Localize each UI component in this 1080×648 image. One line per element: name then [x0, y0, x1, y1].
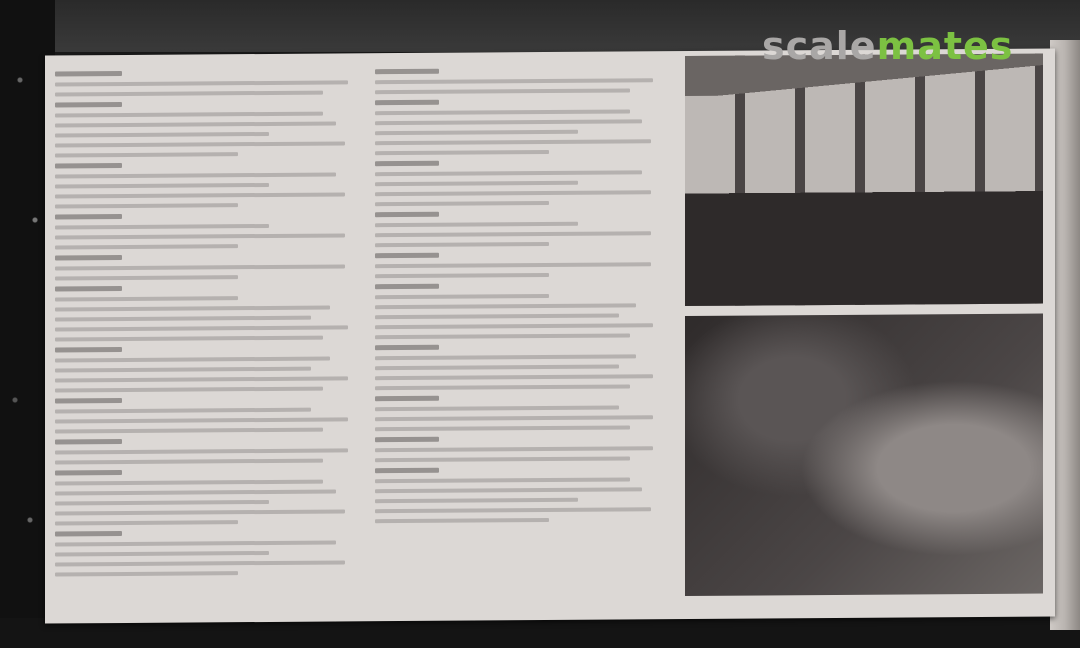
text-line	[375, 88, 630, 94]
text-line	[55, 417, 348, 423]
text-line	[55, 244, 238, 249]
text-line	[55, 560, 345, 566]
text-line	[375, 273, 549, 278]
text-line	[375, 507, 651, 513]
text-line	[375, 374, 653, 380]
text-line	[55, 296, 238, 301]
text-column-left	[55, 63, 360, 582]
text-line	[375, 518, 549, 523]
section-heading	[55, 255, 122, 260]
document-page	[45, 48, 1055, 623]
text-line	[55, 121, 336, 127]
text-line	[55, 520, 238, 525]
section-heading	[375, 345, 439, 350]
text-line	[375, 323, 653, 329]
section-heading	[55, 398, 122, 403]
text-line	[375, 354, 636, 360]
text-line	[55, 551, 269, 556]
text-line	[55, 336, 323, 342]
text-column-middle	[375, 61, 665, 529]
section-heading	[375, 437, 439, 442]
text-line	[55, 459, 323, 465]
text-line	[55, 509, 345, 515]
section-heading	[375, 396, 439, 401]
text-line	[375, 314, 619, 320]
text-line	[55, 316, 311, 322]
section-heading	[55, 163, 122, 168]
text-line	[375, 190, 651, 196]
text-line	[375, 78, 653, 84]
text-line	[55, 428, 323, 434]
text-line	[55, 91, 323, 97]
text-line	[55, 571, 238, 576]
text-line	[55, 132, 269, 137]
scalemates-watermark: scalemates	[762, 22, 1013, 70]
section-heading	[375, 253, 439, 258]
text-line	[375, 222, 578, 227]
text-line	[55, 387, 323, 393]
text-line	[375, 130, 578, 135]
text-line	[375, 201, 549, 206]
text-line	[375, 456, 630, 462]
section-heading	[55, 439, 122, 444]
text-line	[55, 80, 348, 86]
text-line	[55, 306, 330, 312]
text-line	[375, 150, 549, 155]
text-line	[55, 141, 345, 147]
section-heading	[55, 531, 122, 536]
text-line	[375, 477, 630, 483]
text-line	[375, 181, 578, 186]
text-line	[55, 172, 336, 178]
text-line	[55, 357, 330, 363]
text-line	[375, 242, 549, 247]
text-line	[55, 112, 323, 118]
text-line	[375, 119, 642, 125]
text-line	[55, 233, 345, 239]
text-line	[375, 262, 651, 268]
text-line	[375, 139, 651, 145]
section-heading	[55, 102, 122, 107]
section-heading	[55, 71, 122, 76]
text-line	[55, 192, 345, 198]
text-line	[375, 415, 653, 421]
text-line	[55, 480, 323, 486]
text-line	[375, 294, 549, 299]
text-line	[55, 325, 348, 331]
text-line	[55, 224, 269, 229]
text-line	[55, 448, 348, 454]
text-line	[375, 170, 642, 176]
section-heading	[375, 69, 439, 74]
section-heading	[375, 161, 439, 166]
section-heading	[375, 284, 439, 289]
section-heading	[55, 470, 122, 475]
photo-cockpit-interior	[685, 314, 1043, 596]
text-line	[55, 275, 238, 280]
text-line	[55, 500, 269, 505]
text-line	[55, 408, 311, 414]
text-line	[55, 203, 238, 208]
text-line	[375, 487, 642, 493]
section-heading	[375, 468, 439, 473]
text-line	[55, 367, 311, 373]
text-line	[375, 406, 619, 412]
text-line	[375, 303, 636, 309]
section-heading	[375, 100, 439, 105]
section-heading	[55, 286, 122, 291]
section-heading	[55, 347, 122, 352]
text-line	[375, 333, 630, 339]
text-line	[375, 384, 630, 390]
text-line	[55, 540, 336, 546]
section-heading	[375, 212, 439, 217]
text-line	[375, 109, 630, 115]
watermark-part-mates: mates	[877, 24, 1014, 68]
text-line	[375, 425, 630, 431]
text-line	[55, 152, 238, 157]
text-line	[375, 231, 651, 237]
text-line	[55, 183, 269, 188]
text-line	[55, 264, 345, 270]
section-heading	[55, 214, 122, 219]
text-line	[375, 365, 619, 371]
text-line	[55, 376, 348, 382]
text-line	[375, 498, 578, 503]
text-line	[375, 446, 653, 452]
photo-cockpit-canopy	[685, 54, 1043, 306]
text-line	[55, 489, 336, 495]
watermark-part-scale: scale	[762, 24, 877, 68]
